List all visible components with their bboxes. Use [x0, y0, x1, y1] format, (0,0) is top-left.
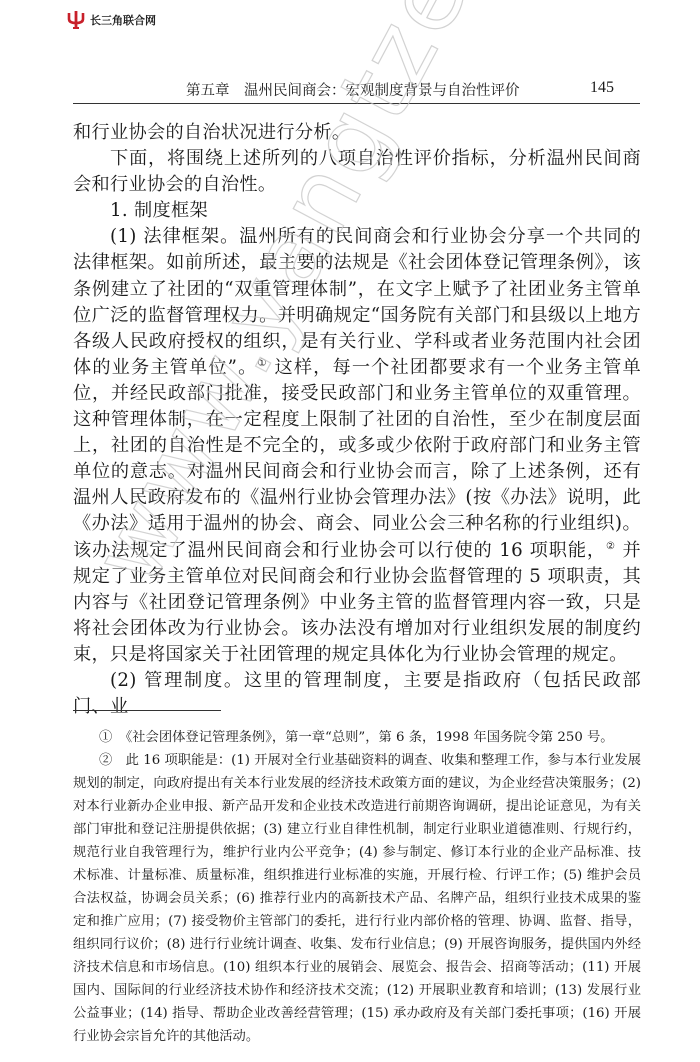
footnote-1: ① 《社会团体登记管理条例》，第一章“总则”，第 6 条，1998 年国务院令第… — [73, 726, 641, 749]
footnote-ref-1[interactable]: ① — [257, 358, 267, 369]
paragraph: 和行业协会的自治状况进行分析。 — [73, 120, 641, 146]
paragraph: (2) 管理制度。这里的管理制度，主要是指政府（包括民政部门、业 — [73, 668, 641, 720]
paragraph: 下面，将围绕上述所列的八项自治性评价指标，分析温州民间商会和行业协会的自治性。 — [73, 146, 641, 198]
running-header: 第五章 温州民间商会：宏观制度背景与自治性评价 145 — [73, 79, 640, 101]
page-number: 145 — [590, 79, 614, 97]
section-heading: 1. 制度框架 — [73, 198, 641, 224]
header-rule — [73, 103, 640, 104]
body-text: 和行业协会的自治状况进行分析。 下面，将围绕上述所列的八项自治性评价指标，分析温… — [73, 120, 641, 720]
footnote-rule — [73, 710, 221, 711]
footnotes: ① 《社会团体登记管理条例》，第一章“总则”，第 6 条，1998 年国务院令第… — [73, 726, 641, 1048]
psi-trident-icon — [66, 10, 86, 30]
footnote-ref-2[interactable]: ② — [606, 541, 616, 552]
paragraph: (1) 法律框架。温州所有的民间商会和行业协会分享一个共同的法律框架。如前所述，… — [73, 224, 641, 668]
chapter-title: 第五章 温州民间商会：宏观制度背景与自治性评价 — [186, 79, 520, 100]
footnote-2: ② 此 16 项职能是：(1) 开展对全行业基础资料的调查、收集和整理工作，参与… — [73, 749, 641, 1048]
logo-text: 长三角联合网 — [90, 12, 156, 28]
site-logo: 长三角联合网 — [66, 10, 156, 30]
